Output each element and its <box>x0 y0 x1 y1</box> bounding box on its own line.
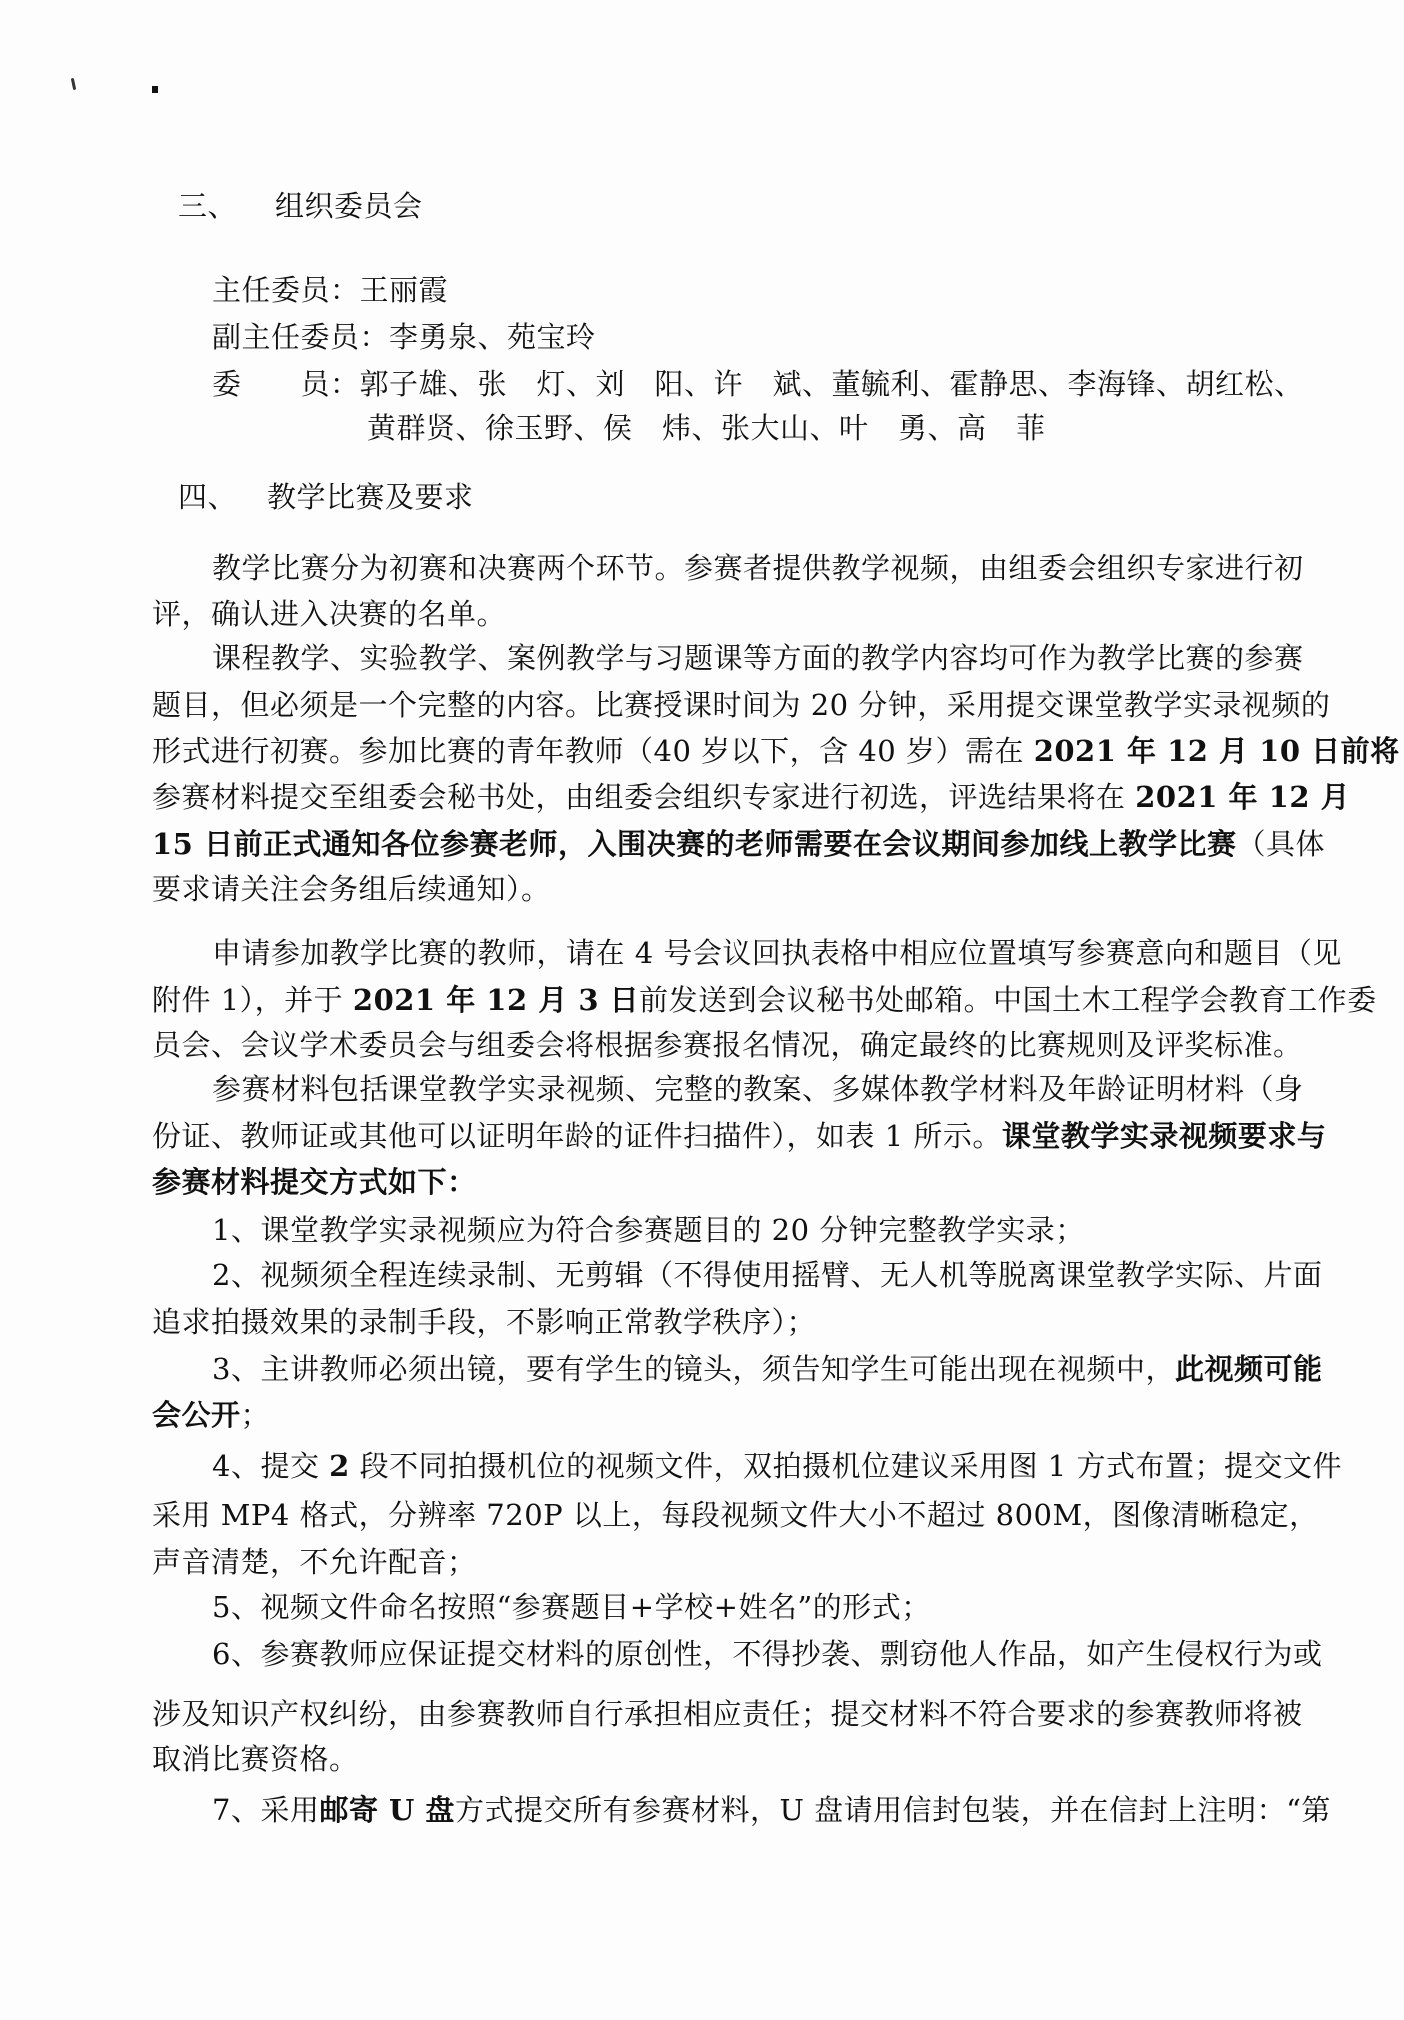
text-run: 评，确认进入决赛的名单。 <box>152 597 506 631</box>
document-page: 三、组织委员会 主任委员：王丽霞 副主任委员：李勇泉、苑宝玲 委 员：郭子雄、张… <box>0 0 1404 2020</box>
text-run: 6、参赛教师应保证提交材料的原创性，不得抄袭、剽窃他人作品，如产生侵权行为或 <box>212 1637 1322 1671</box>
text-line: 声音清楚，不允许配音； <box>152 1545 477 1579</box>
bold-text: 2021 年 12 月 <box>1135 780 1350 814</box>
text-line: 申请参加教学比赛的教师，请在 4 号会议回执表格中相应位置填写参赛意向和题目（见 <box>212 936 1342 970</box>
text-line: 会公开； <box>152 1398 270 1432</box>
text-line: 5、视频文件命名按照“参赛题目+学校+姓名”的形式； <box>212 1590 931 1624</box>
text-run: 份证、教师证或其他可以证明年龄的证件扫描件），如表 1 所示。 <box>152 1119 1002 1153</box>
text-run: 1、课堂教学实录视频应为符合参赛题目的 20 分钟完整教学实录； <box>212 1213 1085 1247</box>
section3-heading-title: 组织委员会 <box>275 189 423 223</box>
members-line-1: 委 员：郭子雄、张 灯、刘 阳、许 斌、董毓利、霍静思、李海锋、胡红松、 <box>212 367 1304 401</box>
text-line: 参赛材料提交至组委会秘书处，由组委会组织专家进行初选，评选结果将在 2021 年… <box>152 780 1350 814</box>
text-run: 追求拍摄效果的录制手段，不影响正常教学秩序）； <box>152 1305 816 1339</box>
text-line: 评，确认进入决赛的名单。 <box>152 597 506 631</box>
text-run: 3、主讲教师必须出镜，要有学生的镜头，须告知学生可能出现在视频中， <box>212 1352 1175 1386</box>
text-run: 2、视频须全程连续录制、无剪辑（不得使用摇臂、无人机等脱离课堂教学实际、片面 <box>212 1258 1322 1292</box>
chair-name: 王丽霞 <box>360 273 449 307</box>
text-line: 课程教学、实验教学、案例教学与习题课等方面的教学内容均可作为教学比赛的参赛 <box>212 641 1304 675</box>
members-names-1: 郭子雄、张 灯、刘 阳、许 斌、董毓利、霍静思、李海锋、胡红松、 <box>360 367 1304 401</box>
scan-mark <box>71 78 76 90</box>
text-run: 方式提交所有参赛材料，U 盘请用信封包装，并在信封上注明：“第 <box>455 1793 1331 1827</box>
text-line: 6、参赛教师应保证提交材料的原创性，不得抄袭、剽窃他人作品，如产生侵权行为或 <box>212 1637 1322 1671</box>
text-line: 取消比赛资格。 <box>152 1742 359 1776</box>
text-run: 4、提交 <box>212 1449 329 1483</box>
text-run: 涉及知识产权纠纷，由参赛教师自行承担相应责任；提交材料不符合要求的参赛教师将被 <box>152 1697 1303 1731</box>
bold-text: 2021 年 12 月 10 日前将 <box>1034 734 1400 768</box>
text-run: 员会、会议学术委员会与组委会将根据参赛报名情况，确定最终的比赛规则及评奖标准。 <box>152 1028 1303 1062</box>
text-run: 题目，但必须是一个完整的内容。比赛授课时间为 20 分钟，采用提交课堂教学实录视… <box>152 688 1330 722</box>
members-line-2: 黄群贤、徐玉野、侯 炜、张大山、叶 勇、高 菲 <box>367 411 1046 445</box>
bold-text: 会公开 <box>152 1398 241 1432</box>
vice-chair-names: 李勇泉、苑宝玲 <box>389 320 596 354</box>
vice-chair-line: 副主任委员：李勇泉、苑宝玲 <box>212 320 596 354</box>
scan-mark <box>152 86 158 93</box>
text-line: 7、采用邮寄 U 盘方式提交所有参赛材料，U 盘请用信封包装，并在信封上注明：“… <box>212 1793 1331 1827</box>
text-line: 参赛材料提交方式如下： <box>152 1165 477 1199</box>
text-line: 1、课堂教学实录视频应为符合参赛题目的 20 分钟完整教学实录； <box>212 1213 1085 1247</box>
text-run: 形式进行初赛。参加比赛的青年教师（40 岁以下，含 40 岁）需在 <box>152 734 1034 768</box>
text-run: 要求请关注会务组后续通知）。 <box>152 872 551 906</box>
text-run: 申请参加教学比赛的教师，请在 4 号会议回执表格中相应位置填写参赛意向和题目（见 <box>212 936 1342 970</box>
text-line: 追求拍摄效果的录制手段，不影响正常教学秩序）； <box>152 1305 816 1339</box>
bold-text: 2021 年 12 月 3 日 <box>353 983 639 1017</box>
section3-heading-number: 三、 <box>178 189 237 223</box>
text-run: 课程教学、实验教学、案例教学与习题课等方面的教学内容均可作为教学比赛的参赛 <box>212 641 1304 675</box>
text-line: 采用 MP4 格式，分辨率 720P 以上，每段视频文件大小不超过 800M，图… <box>152 1498 1319 1532</box>
section3-heading: 三、组织委员会 <box>178 189 423 223</box>
text-run: （具体 <box>1236 827 1325 861</box>
bold-text: 此视频可能 <box>1175 1352 1323 1386</box>
text-run: 前发送到会议秘书处邮箱。中国土木工程学会教育工作委 <box>639 983 1377 1017</box>
text-line: 涉及知识产权纠纷，由参赛教师自行承担相应责任；提交材料不符合要求的参赛教师将被 <box>152 1697 1303 1731</box>
members-names-2: 黄群贤、徐玉野、侯 炜、张大山、叶 勇、高 菲 <box>367 411 1046 445</box>
text-line: 附件 1），并于 2021 年 12 月 3 日前发送到会议秘书处邮箱。中国土木… <box>152 983 1377 1017</box>
bold-text: 参赛材料提交方式如下： <box>152 1165 477 1199</box>
text-line: 3、主讲教师必须出镜，要有学生的镜头，须告知学生可能出现在视频中，此视频可能 <box>212 1352 1322 1386</box>
text-line: 要求请关注会务组后续通知）。 <box>152 872 551 906</box>
bold-text: 邮寄 U 盘 <box>319 1793 454 1827</box>
text-line: 员会、会议学术委员会与组委会将根据参赛报名情况，确定最终的比赛规则及评奖标准。 <box>152 1028 1303 1062</box>
section4-heading: 四、教学比赛及要求 <box>178 480 474 514</box>
text-run: 参赛材料提交至组委会秘书处，由组委会组织专家进行初选，评选结果将在 <box>152 780 1135 814</box>
bold-text: 15 日前正式通知各位参赛老师，入围决赛的老师需要在会议期间参加线上教学比赛 <box>152 827 1236 861</box>
text-run: 附件 1），并于 <box>152 983 353 1017</box>
text-line: 教学比赛分为初赛和决赛两个环节。参赛者提供教学视频，由组委会组织专家进行初 <box>212 551 1304 585</box>
section4-heading-number: 四、 <box>178 480 237 514</box>
text-line: 4、提交 2 段不同拍摄机位的视频文件，双拍摄机位建议采用图 1 方式布置；提交… <box>212 1449 1342 1483</box>
bold-text: 课堂教学实录视频要求与 <box>1002 1119 1327 1153</box>
bold-text: 2 <box>329 1449 350 1483</box>
text-line: 2、视频须全程连续录制、无剪辑（不得使用摇臂、无人机等脱离课堂教学实际、片面 <box>212 1258 1322 1292</box>
text-line: 份证、教师证或其他可以证明年龄的证件扫描件），如表 1 所示。课堂教学实录视频要… <box>152 1119 1326 1153</box>
text-run: 采用 MP4 格式，分辨率 720P 以上，每段视频文件大小不超过 800M，图… <box>152 1498 1319 1532</box>
text-run: 取消比赛资格。 <box>152 1742 359 1776</box>
text-line: 参赛材料包括课堂教学实录视频、完整的教案、多媒体教学材料及年龄证明材料（身 <box>212 1072 1304 1106</box>
text-run: 声音清楚，不允许配音； <box>152 1545 477 1579</box>
text-run: 教学比赛分为初赛和决赛两个环节。参赛者提供教学视频，由组委会组织专家进行初 <box>212 551 1304 585</box>
text-run: 7、采用 <box>212 1793 319 1827</box>
members-label: 委 员： <box>212 367 360 401</box>
text-line: 题目，但必须是一个完整的内容。比赛授课时间为 20 分钟，采用提交课堂教学实录视… <box>152 688 1330 722</box>
text-line: 形式进行初赛。参加比赛的青年教师（40 岁以下，含 40 岁）需在 2021 年… <box>152 734 1400 768</box>
vice-chair-label: 副主任委员： <box>212 320 389 354</box>
chair-label: 主任委员： <box>212 273 360 307</box>
text-run: 参赛材料包括课堂教学实录视频、完整的教案、多媒体教学材料及年龄证明材料（身 <box>212 1072 1304 1106</box>
text-run: 5、视频文件命名按照“参赛题目+学校+姓名”的形式； <box>212 1590 931 1624</box>
text-line: 15 日前正式通知各位参赛老师，入围决赛的老师需要在会议期间参加线上教学比赛（具… <box>152 827 1325 861</box>
text-run: ； <box>241 1398 271 1432</box>
section4-heading-title: 教学比赛及要求 <box>267 480 474 514</box>
chair-line: 主任委员：王丽霞 <box>212 273 448 307</box>
text-run: 段不同拍摄机位的视频文件，双拍摄机位建议采用图 1 方式布置；提交文件 <box>350 1449 1342 1483</box>
